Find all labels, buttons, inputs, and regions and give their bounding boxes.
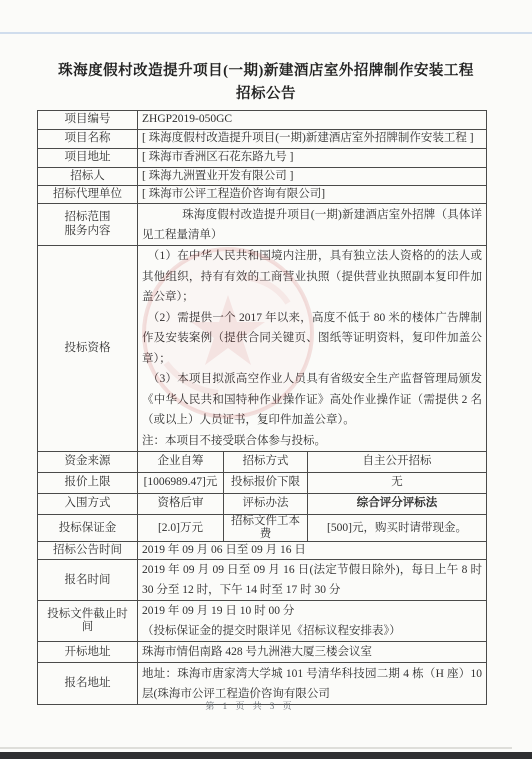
tender-method-label: 招标方式	[224, 452, 308, 473]
funding-source-value: 企业自筹	[138, 452, 224, 473]
qualification-note: 注：本项目不接受联合体参与投标。	[142, 431, 482, 452]
title-line-2: 招标公告	[0, 83, 532, 106]
scan-artifact-blue-line	[0, 32, 532, 34]
price-floor-label: 投标报价下限	[224, 473, 308, 494]
table-row: 项目地址 [ 珠海市香洲区石花东路九号 ]	[38, 149, 487, 168]
funding-source-label: 资金来源	[38, 452, 138, 473]
shortlist-method-value: 资格后审	[138, 494, 224, 515]
announcement-time-label: 招标公告时间	[38, 542, 138, 560]
agency-value: [ 珠海市公评工程造价咨询有限公司]	[138, 186, 487, 204]
price-floor-value: 无	[308, 473, 487, 494]
table-row: 投标资格 （1）在中华人民共和国境内注册，具有独立法人资格的的法人或其他组织，持…	[38, 246, 487, 452]
table-row: 开标地址 珠海市情侣南路 428 号九洲港大厦三楼会议室	[38, 642, 487, 663]
project-number-value: ZHGP2019-050GC	[138, 111, 487, 130]
qualification-item-3: （3）本项目拟派高空作业人员具有省级安全生产监督管理局颁发《中华人民共和国特种作…	[142, 369, 482, 431]
scope-label: 招标范围 服务内容	[38, 204, 138, 246]
qualification-item-2: （2）需提供一个 2017 年以来，高度不低于 80 米的楼体广告牌制作及安装案…	[142, 308, 482, 370]
evaluation-method-label: 评标办法	[224, 494, 308, 515]
table-row: 投标保证金 [2.0]万元 招标文件工本费 [500]元，购买时请带现金。	[38, 515, 487, 542]
evaluation-method-value: 综合评分评标法	[308, 494, 487, 515]
bid-opening-address-label: 开标地址	[38, 642, 138, 663]
project-address-value: [ 珠海市香洲区石花东路九号 ]	[138, 149, 487, 168]
document-fee-value: [500]元，购买时请带现金。	[308, 515, 487, 542]
scan-artifact-gray-line	[0, 747, 512, 749]
table-row: 项目编号 ZHGP2019-050GC	[38, 111, 487, 130]
scanned-tender-document-page: 珠海度假村改造提升项目(一期)新建酒店室外招牌制作安装工程 招标公告 项目编号 …	[0, 0, 532, 759]
announcement-time-value: 2019 年 09 月 06 日至 09 月 16 日	[138, 542, 487, 560]
table-row: 招标公告时间 2019 年 09 月 06 日至 09 月 16 日	[38, 542, 487, 560]
table-row: 项目名称 [ 珠海度假村改造提升项目(一期)新建酒店室外招牌制作安装工程 ]	[38, 130, 487, 149]
project-name-label: 项目名称	[38, 130, 138, 149]
title-line-1: 珠海度假村改造提升项目(一期)新建酒店室外招牌制作安装工程	[0, 60, 532, 83]
project-address-label: 项目地址	[38, 149, 138, 168]
agency-label: 招标代理单位	[38, 186, 138, 204]
table-row: 入围方式 资格后审 评标办法 综合评分评标法	[38, 494, 487, 515]
table-row: 招标范围 服务内容 珠海度假村改造提升项目(一期)新建酒店室外招牌（具体详见工程…	[38, 204, 487, 246]
price-cap-value: [1006989.47]元	[138, 473, 224, 494]
tender-method-value: 自主公开招标	[308, 452, 487, 473]
scan-artifact-dark-band	[0, 752, 532, 759]
scope-label-line2: 服务内容	[42, 225, 133, 238]
signup-time-label: 报名时间	[38, 560, 138, 601]
table-row: 投标文件截止时间 2019 年 09 月 19 日 10 时 00 分 （投标保…	[38, 601, 487, 642]
project-name-value: [ 珠海度假村改造提升项目(一期)新建酒店室外招牌制作安装工程 ]	[138, 130, 487, 149]
table-row: 报价上限 [1006989.47]元 投标报价下限 无	[38, 473, 487, 494]
project-number-label: 项目编号	[38, 111, 138, 130]
bid-deadline-line2: （投标保证金的提交时限详见《招标议程安排表》）	[142, 621, 482, 641]
table-row: 招标代理单位 [ 珠海市公评工程造价咨询有限公司]	[38, 186, 487, 204]
price-cap-label: 报价上限	[38, 473, 138, 494]
qualification-item-1: （1）在中华人民共和国境内注册，具有独立法人资格的的法人或其他组织，持有有效的工…	[142, 246, 482, 308]
bid-deadline-value: 2019 年 09 月 19 日 10 时 00 分 （投标保证金的提交时限详见…	[138, 601, 487, 642]
document-title: 珠海度假村改造提升项目(一期)新建酒店室外招牌制作安装工程 招标公告	[0, 60, 532, 106]
signup-time-value: 2019 年 09 月 09 日至 09 月 16 日(法定节假日除外)，每日上…	[138, 560, 487, 601]
bid-deadline-label: 投标文件截止时间	[38, 601, 138, 642]
page-number-footer: 第 1 页 共 3 页	[0, 699, 500, 712]
shortlist-method-label: 入围方式	[38, 494, 138, 515]
qualification-label: 投标资格	[38, 246, 138, 452]
table-row: 报名时间 2019 年 09 月 09 日至 09 月 16 日(法定节假日除外…	[38, 560, 487, 601]
bid-opening-address-value: 珠海市情侣南路 428 号九洲港大厦三楼会议室	[138, 642, 487, 663]
qualification-value: （1）在中华人民共和国境内注册，具有独立法人资格的的法人或其他组织，持有有效的工…	[138, 246, 487, 452]
bid-deadline-line1: 2019 年 09 月 19 日 10 时 00 分	[142, 601, 482, 621]
tender-info-table: 项目编号 ZHGP2019-050GC 项目名称 [ 珠海度假村改造提升项目(一…	[37, 110, 487, 705]
document-fee-label: 招标文件工本费	[224, 515, 308, 542]
table-row: 资金来源 企业自筹 招标方式 自主公开招标	[38, 452, 487, 473]
tenderer-value: [ 珠海九洲置业开发有限公司 ]	[138, 168, 487, 186]
scope-label-line1: 招标范围	[42, 211, 133, 224]
table-row: 招标人 [ 珠海九洲置业开发有限公司 ]	[38, 168, 487, 186]
scope-value: 珠海度假村改造提升项目(一期)新建酒店室外招牌（具体详见工程量清单）	[138, 204, 487, 246]
bid-deposit-value: [2.0]万元	[138, 515, 224, 542]
tenderer-label: 招标人	[38, 168, 138, 186]
bid-deposit-label: 投标保证金	[38, 515, 138, 542]
